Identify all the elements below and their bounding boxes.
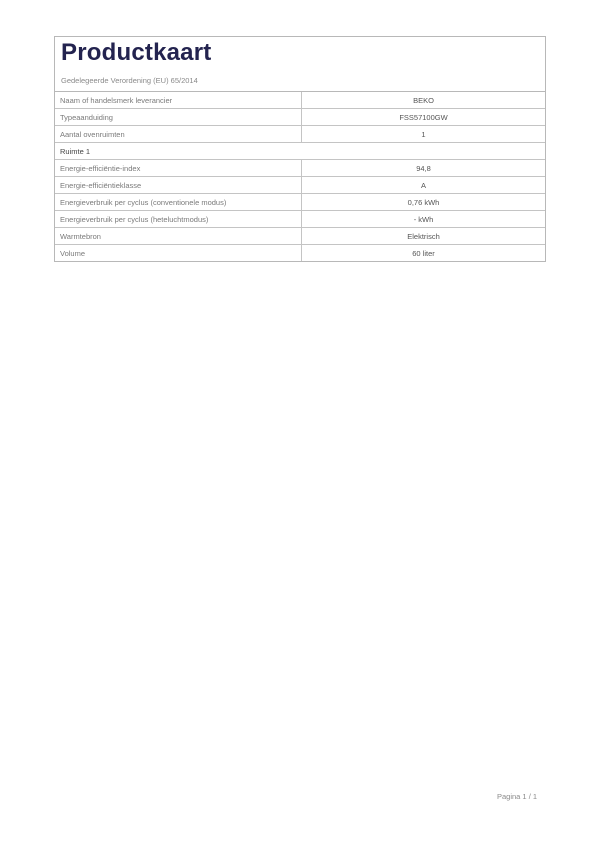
card-header: Productkaart Gedelegeerde Verordening (E…: [55, 37, 545, 92]
table-row: Typeaanduiding FSS57100GW: [55, 109, 545, 126]
table-row: Naam of handelsmerk leverancier BEKO: [55, 92, 545, 109]
table-row: Energie-efficiëntieklasse A: [55, 177, 545, 194]
row-value: BEKO: [302, 92, 546, 109]
regulation-subtitle: Gedelegeerde Verordening (EU) 65/2014: [61, 76, 198, 85]
row-label: Typeaanduiding: [55, 109, 302, 126]
row-label: Aantal ovenruimten: [55, 126, 302, 143]
row-value: FSS57100GW: [302, 109, 546, 126]
product-spec-table: Naam of handelsmerk leverancier BEKO Typ…: [55, 92, 545, 261]
section-row: Ruimte 1: [55, 143, 545, 160]
page-number: Pagina 1 / 1: [497, 792, 537, 801]
row-value: A: [302, 177, 546, 194]
row-label: Naam of handelsmerk leverancier: [55, 92, 302, 109]
page-title: Productkaart: [61, 39, 211, 67]
row-value: Elektrisch: [302, 228, 546, 245]
row-label: Energie-efficiëntie-index: [55, 160, 302, 177]
row-value: - kWh: [302, 211, 546, 228]
table-row: Energieverbruik per cyclus (heteluchtmod…: [55, 211, 545, 228]
row-label: Volume: [55, 245, 302, 262]
row-label: Energieverbruik per cyclus (conventionel…: [55, 194, 302, 211]
row-label: Warmtebron: [55, 228, 302, 245]
row-value: 0,76 kWh: [302, 194, 546, 211]
table-row: Volume 60 liter: [55, 245, 545, 262]
table-row: Energieverbruik per cyclus (conventionel…: [55, 194, 545, 211]
row-value: 94,8: [302, 160, 546, 177]
row-value: 1: [302, 126, 546, 143]
table-row: Aantal ovenruimten 1: [55, 126, 545, 143]
section-label: Ruimte 1: [55, 143, 545, 160]
table-row: Warmtebron Elektrisch: [55, 228, 545, 245]
row-label: Energie-efficiëntieklasse: [55, 177, 302, 194]
product-card: Productkaart Gedelegeerde Verordening (E…: [54, 36, 546, 262]
table-row: Energie-efficiëntie-index 94,8: [55, 160, 545, 177]
row-value: 60 liter: [302, 245, 546, 262]
row-label: Energieverbruik per cyclus (heteluchtmod…: [55, 211, 302, 228]
